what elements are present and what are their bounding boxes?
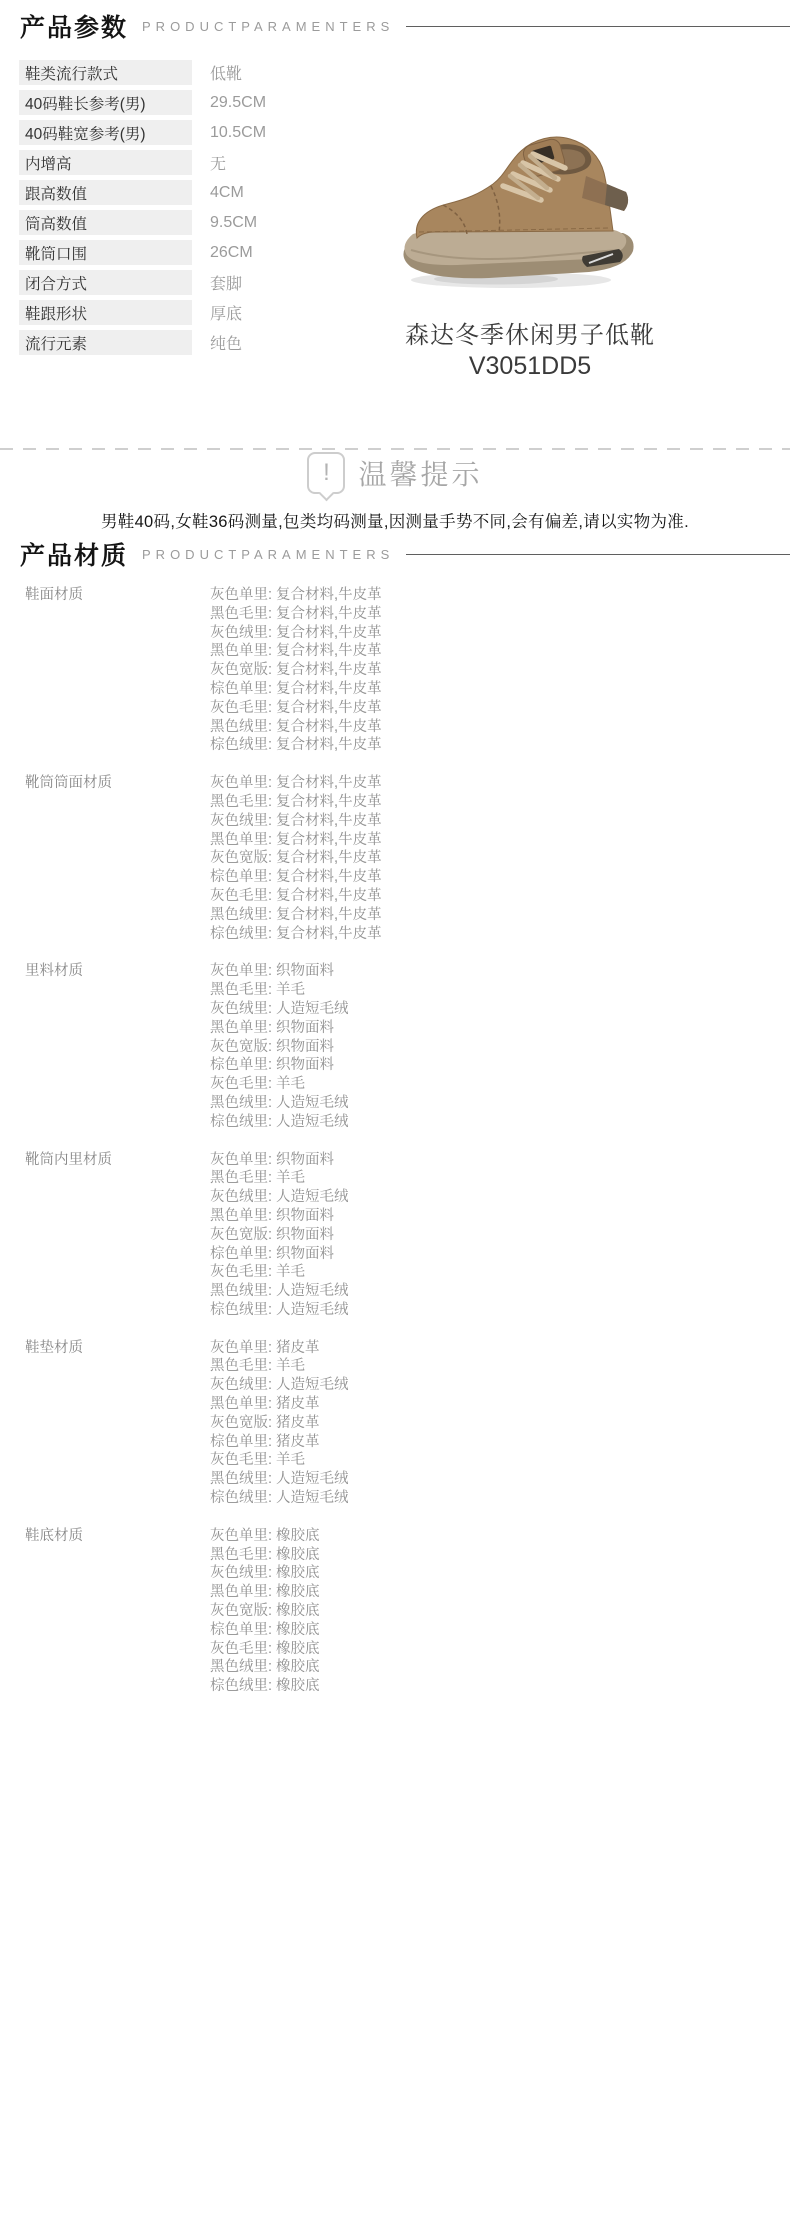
material-item: 黑色毛里: 羊毛	[210, 1169, 349, 1188]
material-item: 黑色单里: 猪皮革	[210, 1395, 349, 1414]
param-label: 靴筒口围	[19, 240, 192, 265]
material-item: 棕色绒里: 人造短毛绒	[210, 1301, 349, 1320]
materials-section-header: 产品材质 PRODUCTPARAMENTERS	[20, 536, 790, 572]
material-items: 灰色单里: 橡胶底黑色毛里: 橡胶底灰色绒里: 橡胶底黑色单里: 橡胶底灰色宽版…	[210, 1527, 320, 1696]
header-rule-line	[406, 26, 790, 27]
material-item: 棕色绒里: 人造短毛绒	[210, 1113, 349, 1132]
material-item: 灰色单里: 织物面料	[210, 962, 349, 981]
materials-list: 鞋面材质 灰色单里: 复合材料,牛皮革黑色毛里: 复合材料,牛皮革灰色绒里: 复…	[25, 586, 790, 1715]
param-row: 靴筒口围 26CM	[19, 240, 399, 265]
material-item: 灰色绒里: 复合材料,牛皮革	[210, 624, 382, 643]
material-item: 黑色绒里: 复合材料,牛皮革	[210, 718, 382, 737]
param-label: 筒高数值	[19, 210, 192, 235]
product-name: 森达冬季休闲男子低靴	[270, 320, 790, 351]
material-item: 灰色毛里: 羊毛	[210, 1075, 349, 1094]
material-group: 鞋底材质 灰色单里: 橡胶底黑色毛里: 橡胶底灰色绒里: 橡胶底黑色单里: 橡胶…	[25, 1527, 790, 1696]
material-items: 灰色单里: 复合材料,牛皮革黑色毛里: 复合材料,牛皮革灰色绒里: 复合材料,牛…	[210, 586, 382, 755]
material-items: 灰色单里: 猪皮革黑色毛里: 羊毛灰色绒里: 人造短毛绒黑色单里: 猪皮革灰色宽…	[210, 1339, 349, 1508]
product-caption: 森达冬季休闲男子低靴 V3051DD5	[270, 320, 790, 382]
materials-section-subtitle: PRODUCTPARAMENTERS	[142, 547, 394, 562]
material-item: 灰色绒里: 人造短毛绒	[210, 1188, 349, 1207]
material-item: 黑色毛里: 橡胶底	[210, 1546, 320, 1565]
material-group-label: 靴筒内里材质	[25, 1151, 210, 1320]
material-item: 灰色绒里: 人造短毛绒	[210, 1376, 349, 1395]
material-item: 黑色单里: 复合材料,牛皮革	[210, 831, 382, 850]
material-item: 黑色毛里: 复合材料,牛皮革	[210, 605, 382, 624]
material-item: 灰色单里: 橡胶底	[210, 1527, 320, 1546]
bubble-tail	[319, 486, 335, 502]
material-item: 黑色毛里: 复合材料,牛皮革	[210, 793, 382, 812]
param-value: 低靴	[210, 61, 242, 84]
material-item: 灰色单里: 猪皮革	[210, 1339, 349, 1358]
material-group: 鞋面材质 灰色单里: 复合材料,牛皮革黑色毛里: 复合材料,牛皮革灰色绒里: 复…	[25, 586, 790, 755]
material-item: 棕色绒里: 复合材料,牛皮革	[210, 736, 382, 755]
material-item: 黑色绒里: 人造短毛绒	[210, 1094, 349, 1113]
dashed-divider	[0, 448, 790, 450]
material-group-label: 里料材质	[25, 962, 210, 1131]
material-item: 黑色单里: 织物面料	[210, 1019, 349, 1038]
material-group-label: 鞋面材质	[25, 586, 210, 755]
exclamation-glyph: !	[323, 461, 330, 485]
param-row: 筒高数值 9.5CM	[19, 210, 399, 235]
params-section-header: 产品参数 PRODUCTPARAMENTERS	[20, 8, 790, 44]
product-detail-page: 产品参数 PRODUCTPARAMENTERS 鞋类流行款式 低靴 40码鞋长参…	[0, 0, 790, 2230]
param-value: 29.5CM	[210, 94, 266, 112]
material-item: 灰色单里: 复合材料,牛皮革	[210, 586, 382, 605]
material-item: 黑色绒里: 复合材料,牛皮革	[210, 906, 382, 925]
material-item: 灰色毛里: 复合材料,牛皮革	[210, 887, 382, 906]
material-item: 灰色宽版: 复合材料,牛皮革	[210, 849, 382, 868]
material-item: 黑色单里: 橡胶底	[210, 1583, 320, 1602]
param-label: 40码鞋长参考(男)	[19, 90, 192, 115]
param-label: 跟高数值	[19, 180, 192, 205]
material-group-label: 靴筒筒面材质	[25, 774, 210, 943]
exclamation-bubble-icon: !	[307, 452, 345, 494]
param-value: 厚底	[210, 301, 242, 324]
materials-section-title: 产品材质	[20, 536, 128, 572]
param-value: 纯色	[210, 331, 242, 354]
material-item: 黑色单里: 织物面料	[210, 1207, 349, 1226]
material-item: 棕色单里: 猪皮革	[210, 1433, 349, 1452]
param-value: 4CM	[210, 184, 244, 202]
material-group: 鞋垫材质 灰色单里: 猪皮革黑色毛里: 羊毛灰色绒里: 人造短毛绒黑色单里: 猪…	[25, 1339, 790, 1508]
material-group-label: 鞋垫材质	[25, 1339, 210, 1508]
material-item: 灰色宽版: 织物面料	[210, 1226, 349, 1245]
material-items: 灰色单里: 织物面料黑色毛里: 羊毛灰色绒里: 人造短毛绒黑色单里: 织物面料灰…	[210, 962, 349, 1131]
param-row: 40码鞋长参考(男) 29.5CM	[19, 90, 399, 115]
material-item: 黑色毛里: 羊毛	[210, 1357, 349, 1376]
header-rule-line	[406, 554, 790, 555]
material-item: 灰色毛里: 羊毛	[210, 1263, 349, 1282]
material-item: 灰色宽版: 猪皮革	[210, 1414, 349, 1433]
material-items: 灰色单里: 复合材料,牛皮革黑色毛里: 复合材料,牛皮革灰色绒里: 复合材料,牛…	[210, 774, 382, 943]
material-item: 棕色单里: 复合材料,牛皮革	[210, 868, 382, 887]
param-row: 内增高 无	[19, 150, 399, 175]
param-row: 跟高数值 4CM	[19, 180, 399, 205]
material-item: 灰色单里: 复合材料,牛皮革	[210, 774, 382, 793]
param-value: 9.5CM	[210, 214, 257, 232]
material-item: 棕色绒里: 橡胶底	[210, 1677, 320, 1696]
params-section-title: 产品参数	[20, 8, 128, 44]
material-item: 棕色单里: 织物面料	[210, 1245, 349, 1264]
tips-header: ! 温馨提示	[0, 452, 790, 494]
param-label: 鞋类流行款式	[19, 60, 192, 85]
param-value: 套脚	[210, 271, 242, 294]
material-item: 棕色绒里: 复合材料,牛皮革	[210, 925, 382, 944]
tips-text: 男鞋40码,女鞋36码测量,包类均码测量,因测量手势不同,会有偏差,请以实物为准…	[0, 508, 790, 532]
material-items: 灰色单里: 织物面料黑色毛里: 羊毛灰色绒里: 人造短毛绒黑色单里: 织物面料灰…	[210, 1151, 349, 1320]
material-item: 棕色绒里: 人造短毛绒	[210, 1489, 349, 1508]
material-item: 黑色绒里: 橡胶底	[210, 1658, 320, 1677]
material-item: 黑色毛里: 羊毛	[210, 981, 349, 1000]
material-item: 灰色毛里: 羊毛	[210, 1451, 349, 1470]
params-table: 鞋类流行款式 低靴 40码鞋长参考(男) 29.5CM 40码鞋宽参考(男) 1…	[19, 60, 399, 360]
material-group: 靴筒内里材质 灰色单里: 织物面料黑色毛里: 羊毛灰色绒里: 人造短毛绒黑色单里…	[25, 1151, 790, 1320]
material-item: 棕色单里: 织物面料	[210, 1056, 349, 1075]
product-photo-shoe	[393, 110, 645, 292]
material-item: 灰色宽版: 橡胶底	[210, 1602, 320, 1621]
param-label: 内增高	[19, 150, 192, 175]
material-item: 灰色单里: 织物面料	[210, 1151, 349, 1170]
param-label: 流行元素	[19, 330, 192, 355]
material-item: 灰色毛里: 复合材料,牛皮革	[210, 699, 382, 718]
material-group: 里料材质 灰色单里: 织物面料黑色毛里: 羊毛灰色绒里: 人造短毛绒黑色单里: …	[25, 962, 790, 1131]
param-row: 鞋类流行款式 低靴	[19, 60, 399, 85]
product-model-code: V3051DD5	[270, 351, 790, 382]
tips-title: 温馨提示	[358, 453, 482, 493]
param-row: 40码鞋宽参考(男) 10.5CM	[19, 120, 399, 145]
material-item: 棕色单里: 橡胶底	[210, 1621, 320, 1640]
param-row: 闭合方式 套脚	[19, 270, 399, 295]
material-item: 灰色宽版: 复合材料,牛皮革	[210, 661, 382, 680]
material-item: 灰色毛里: 橡胶底	[210, 1640, 320, 1659]
material-item: 灰色绒里: 复合材料,牛皮革	[210, 812, 382, 831]
param-label: 闭合方式	[19, 270, 192, 295]
material-item: 灰色绒里: 橡胶底	[210, 1564, 320, 1583]
params-section-subtitle: PRODUCTPARAMENTERS	[142, 19, 394, 34]
material-group-label: 鞋底材质	[25, 1527, 210, 1696]
material-item: 棕色单里: 复合材料,牛皮革	[210, 680, 382, 699]
param-value: 26CM	[210, 244, 253, 262]
material-group: 靴筒筒面材质 灰色单里: 复合材料,牛皮革黑色毛里: 复合材料,牛皮革灰色绒里:…	[25, 774, 790, 943]
material-item: 灰色绒里: 人造短毛绒	[210, 1000, 349, 1019]
param-label: 40码鞋宽参考(男)	[19, 120, 192, 145]
material-item: 黑色单里: 复合材料,牛皮革	[210, 642, 382, 661]
param-value: 10.5CM	[210, 124, 266, 142]
material-item: 灰色宽版: 织物面料	[210, 1038, 349, 1057]
param-value: 无	[210, 151, 226, 174]
param-label: 鞋跟形状	[19, 300, 192, 325]
material-item: 黑色绒里: 人造短毛绒	[210, 1282, 349, 1301]
material-item: 黑色绒里: 人造短毛绒	[210, 1470, 349, 1489]
